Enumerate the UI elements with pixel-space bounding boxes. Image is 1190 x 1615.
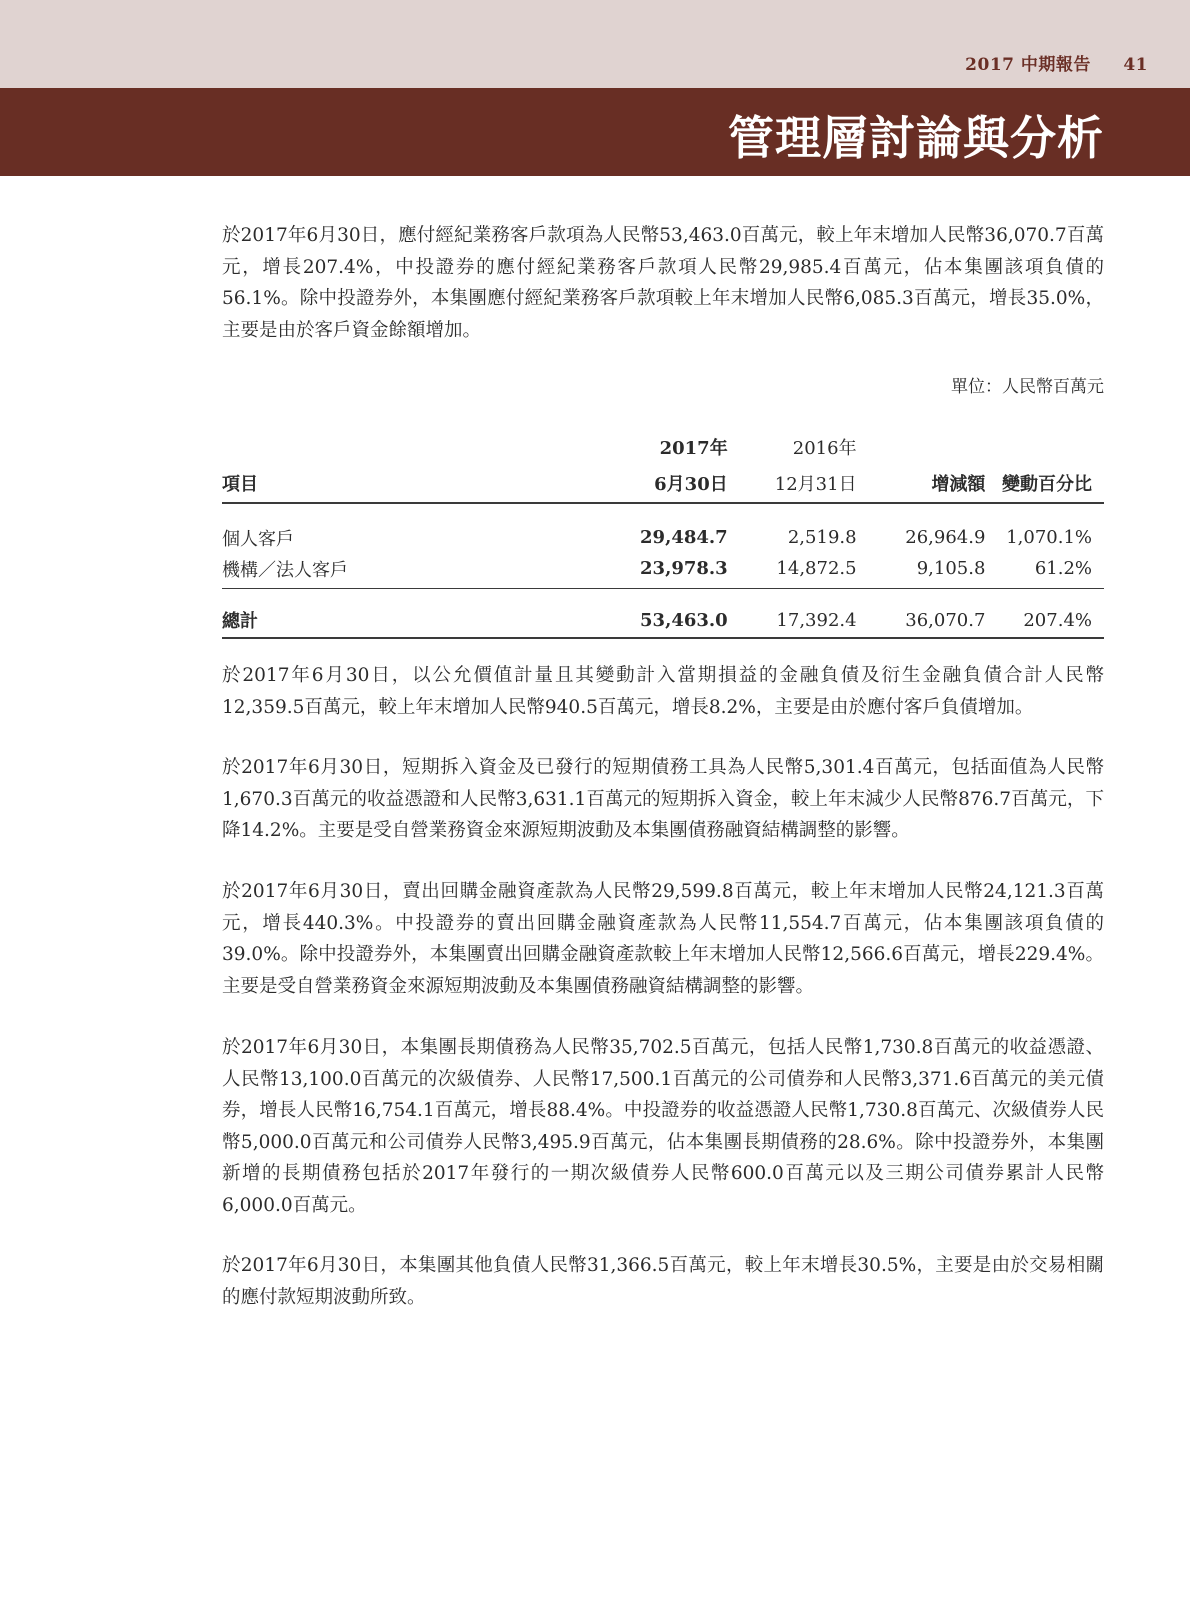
top-band: 2017 中期報告 41 — [0, 0, 1190, 88]
paragraph-fvtpl-liabilities: 於2017年6月30日，以公允價值計量且其變動計入當期損益的金融負債及衍生金融負… — [222, 660, 1104, 723]
section-title: 管理層討論與分析 — [728, 102, 1104, 168]
table-header-row-1: 2017年 2016年 — [222, 426, 1104, 460]
running-head: 2017 中期報告 41 — [965, 50, 1148, 75]
row-change-pct: 61.2% — [985, 553, 1104, 589]
paragraph-short-term-borrowings: 於2017年6月30日，短期拆入資金及已發行的短期債務工具為人民幣5,301.4… — [222, 752, 1104, 847]
table-row: 個人客戶 29,484.7 2,519.8 26,964.9 1,070.1% — [222, 522, 1104, 553]
table-row: 機構／法人客戶 23,978.3 14,872.5 9,105.8 61.2% — [222, 553, 1104, 589]
total-2017: 53,463.0 — [613, 603, 727, 638]
total-2016: 17,392.4 — [728, 603, 857, 638]
paragraph-brokerage-payables: 於2017年6月30日，應付經紀業務客戶款項為人民幣53,463.0百萬元，較上… — [222, 220, 1104, 346]
paragraph-long-term-debt: 於2017年6月30日，本集團長期債務為人民幣35,702.5百萬元，包括人民幣… — [222, 1032, 1104, 1221]
row-2017: 29,484.7 — [613, 522, 727, 553]
row-2017: 23,978.3 — [613, 553, 727, 589]
header-2016-year: 2016年 — [728, 426, 857, 460]
brokerage-payables-table: 2017年 2016年 項目 6月30日 12月31日 增減額 變動百分比 個人… — [222, 426, 1104, 639]
total-change-pct: 207.4% — [985, 603, 1104, 638]
header-item: 項目 — [222, 460, 613, 503]
header-change-pct: 變動百分比 — [985, 460, 1104, 503]
row-change: 26,964.9 — [857, 522, 986, 553]
table-total-row: 總計 53,463.0 17,392.4 36,070.7 207.4% — [222, 603, 1104, 638]
row-change: 9,105.8 — [857, 553, 986, 589]
row-change-pct: 1,070.1% — [985, 522, 1104, 553]
header-2016-date: 12月31日 — [728, 460, 857, 503]
header-2017-date: 6月30日 — [613, 460, 727, 503]
page-number: 41 — [1123, 55, 1148, 75]
paragraph-repurchase-agreements: 於2017年6月30日，賣出回購金融資產款為人民幣29,599.8百萬元，較上年… — [222, 876, 1104, 1002]
header-2017-year: 2017年 — [613, 426, 727, 460]
report-name: 2017 中期報告 — [965, 55, 1091, 75]
row-2016: 14,872.5 — [728, 553, 857, 589]
row-item: 機構／法人客戶 — [222, 553, 613, 589]
paragraph-other-liabilities: 於2017年6月30日，本集團其他負債人民幣31,366.5百萬元，較上年末增長… — [222, 1250, 1104, 1313]
table-unit-label: 單位：人民幣百萬元 — [951, 372, 1104, 397]
table-header-row-2: 項目 6月30日 12月31日 增減額 變動百分比 — [222, 460, 1104, 503]
title-band: 管理層討論與分析 — [0, 88, 1190, 176]
total-label: 總計 — [222, 603, 613, 638]
row-2016: 2,519.8 — [728, 522, 857, 553]
total-change: 36,070.7 — [857, 603, 986, 638]
row-item: 個人客戶 — [222, 522, 613, 553]
header-change: 增減額 — [857, 460, 986, 503]
